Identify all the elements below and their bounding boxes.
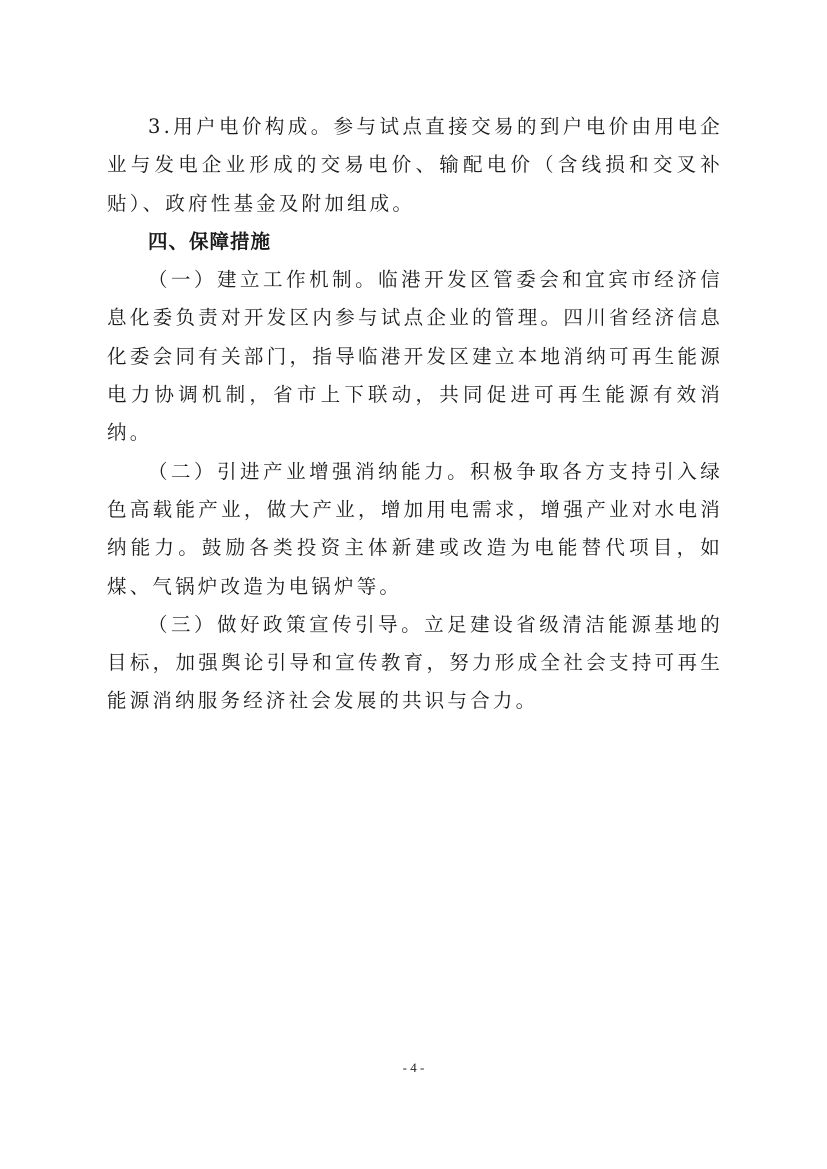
paragraph-industry-consumption: （二）引进产业增强消纳能力。积极争取各方支持引入绿色高载能产业，做大产业，增加用… xyxy=(107,453,723,606)
page-number: - 4 - xyxy=(0,1060,827,1076)
section-heading-safeguard-measures: 四、保障措施 xyxy=(107,223,723,261)
paragraph-user-electricity-price: 3.用户电价构成。参与试点直接交易的到户电价由用电企业与发电企业形成的交易电价、… xyxy=(107,108,723,223)
paragraph-policy-publicity: （三）做好政策宣传引导。立足建设省级清洁能源基地的目标，加强舆论引导和宣传教育，… xyxy=(107,606,723,721)
paragraph-work-mechanism: （一）建立工作机制。临港开发区管委会和宜宾市经济信息化委负责对开发区内参与试点企… xyxy=(107,261,723,452)
document-page: 3.用户电价构成。参与试点直接交易的到户电价由用电企业与发电企业形成的交易电价、… xyxy=(107,108,723,721)
